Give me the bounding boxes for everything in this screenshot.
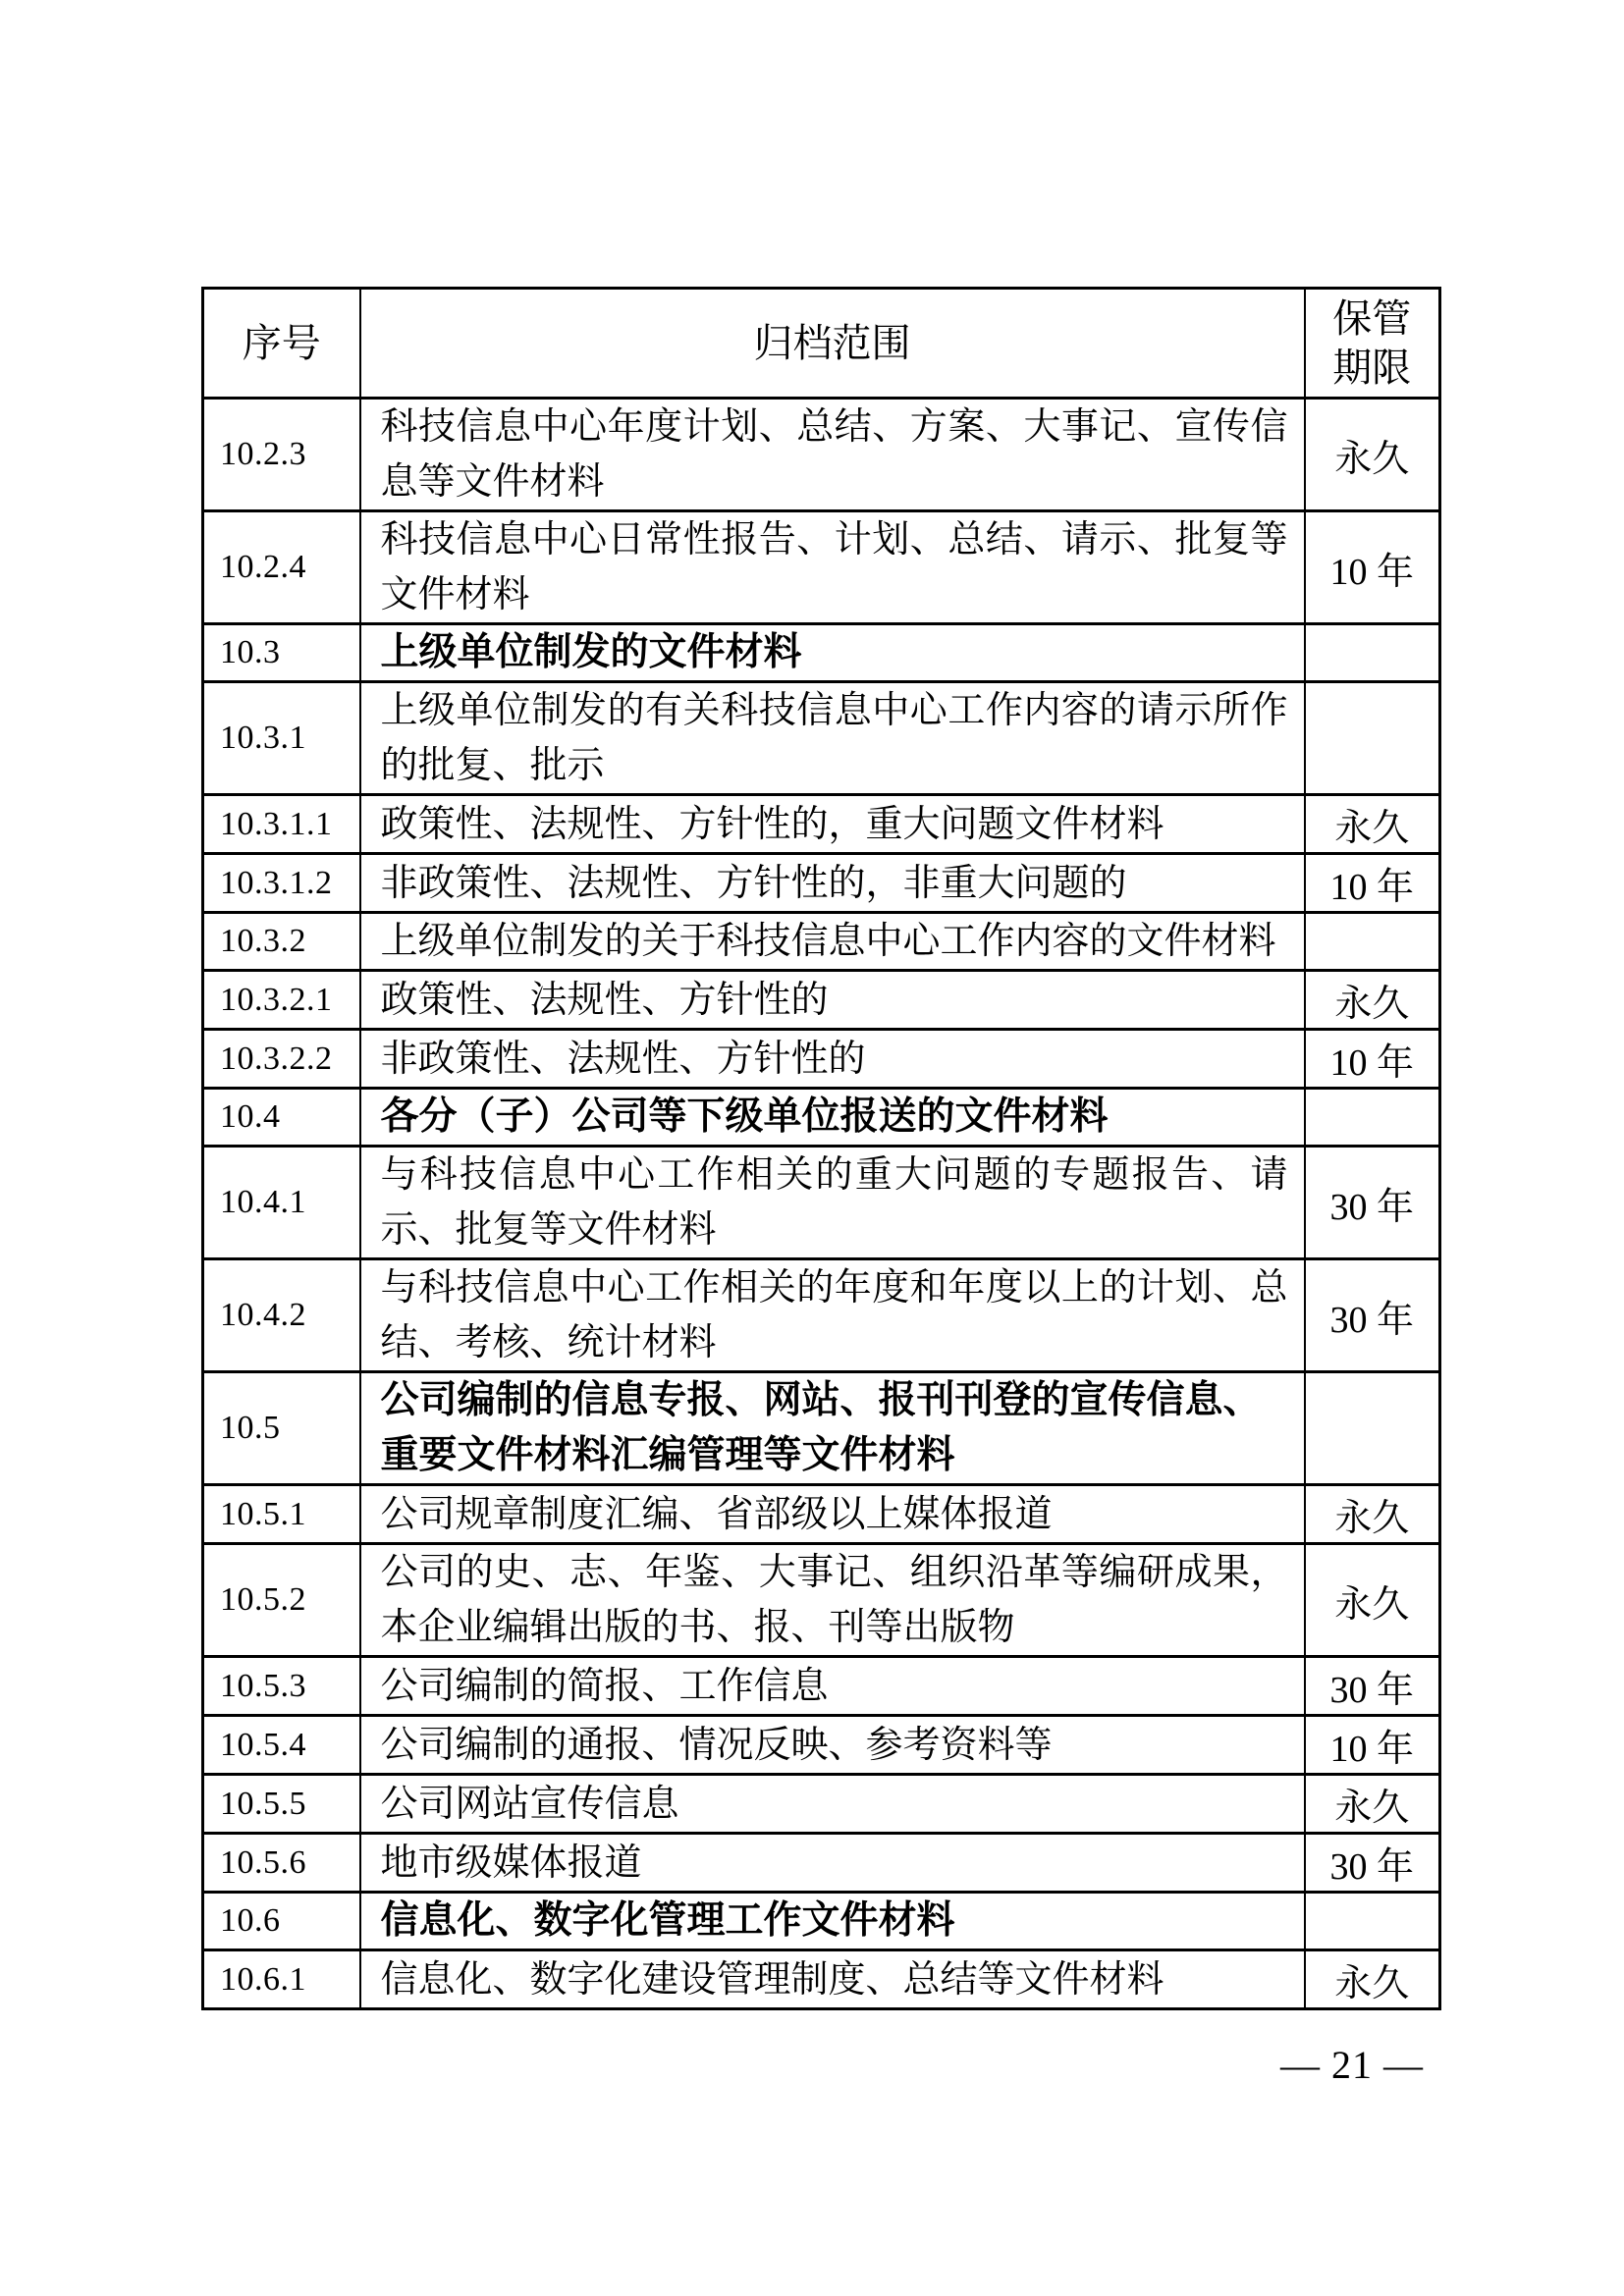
cell-index: 10.4	[203, 1089, 360, 1147]
cell-period	[1305, 682, 1440, 795]
cell-scope: 上级单位制发的有关科技信息中心工作内容的请示所作的批复、批示	[360, 682, 1305, 795]
cell-index: 10.5.3	[203, 1657, 360, 1716]
cell-scope: 公司编制的简报、工作信息	[360, 1657, 1305, 1716]
cell-index: 10.3.2.1	[203, 971, 360, 1030]
table-row: 10.2.3 科技信息中心年度计划、总结、方案、大事记、宣传信息等文件材料 永久	[203, 399, 1440, 511]
header-period-line1: 保管	[1307, 294, 1438, 344]
table-body: 10.2.3 科技信息中心年度计划、总结、方案、大事记、宣传信息等文件材料 永久…	[203, 399, 1440, 2009]
cell-period: 30 年	[1305, 1147, 1440, 1259]
cell-scope: 政策性、法规性、方针性的	[360, 971, 1305, 1030]
table-row: 10.3.1.1 政策性、法规性、方针性的，重大问题文件材料 永久	[203, 795, 1440, 854]
cell-period: 永久	[1305, 795, 1440, 854]
page-number: — 21 —	[1280, 2042, 1424, 2088]
cell-index: 10.5	[203, 1372, 360, 1485]
cell-scope: 公司的史、志、年鉴、大事记、组织沿革等编研成果，本企业编辑出版的书、报、刊等出版…	[360, 1544, 1305, 1657]
cell-scope: 公司规章制度汇编、省部级以上媒体报道	[360, 1485, 1305, 1544]
cell-index: 10.5.2	[203, 1544, 360, 1657]
cell-period: 永久	[1305, 1950, 1440, 2009]
header-row: 序号 归档范围 保管 期限	[203, 289, 1440, 399]
table-row: 10.5.3 公司编制的简报、工作信息 30 年	[203, 1657, 1440, 1716]
cell-index: 10.3.1.1	[203, 795, 360, 854]
table-row: 10.5.2 公司的史、志、年鉴、大事记、组织沿革等编研成果，本企业编辑出版的书…	[203, 1544, 1440, 1657]
table-row: 10.2.4 科技信息中心日常性报告、计划、总结、请示、批复等文件材料 10 年	[203, 511, 1440, 624]
cell-period	[1305, 1089, 1440, 1147]
cell-index: 10.6	[203, 1893, 360, 1950]
table-row: 10.5.5 公司网站宣传信息 永久	[203, 1775, 1440, 1834]
cell-index: 10.3.2.2	[203, 1030, 360, 1089]
cell-period	[1305, 624, 1440, 682]
cell-scope: 公司编制的通报、情况反映、参考资料等	[360, 1716, 1305, 1775]
cell-index: 10.5.5	[203, 1775, 360, 1834]
cell-scope: 各分（子）公司等下级单位报送的文件材料	[360, 1089, 1305, 1147]
cell-index: 10.3.2	[203, 913, 360, 971]
table-row: 10.5.6 地市级媒体报道 30 年	[203, 1834, 1440, 1893]
cell-index: 10.3.1	[203, 682, 360, 795]
cell-scope: 公司编制的信息专报、网站、报刊刊登的宣传信息、重要文件材料汇编管理等文件材料	[360, 1372, 1305, 1485]
cell-period: 永久	[1305, 971, 1440, 1030]
cell-period: 30 年	[1305, 1259, 1440, 1372]
table-row: 10.4.2 与科技信息中心工作相关的年度和年度以上的计划、总结、考核、统计材料…	[203, 1259, 1440, 1372]
cell-scope: 上级单位制发的关于科技信息中心工作内容的文件材料	[360, 913, 1305, 971]
cell-period: 永久	[1305, 1775, 1440, 1834]
cell-scope: 上级单位制发的文件材料	[360, 624, 1305, 682]
table-row: 10.3.1 上级单位制发的有关科技信息中心工作内容的请示所作的批复、批示	[203, 682, 1440, 795]
table-row: 10.3.1.2 非政策性、法规性、方针性的，非重大问题的 10 年	[203, 854, 1440, 913]
cell-scope: 与科技信息中心工作相关的年度和年度以上的计划、总结、考核、统计材料	[360, 1259, 1305, 1372]
cell-period	[1305, 1372, 1440, 1485]
cell-index: 10.5.4	[203, 1716, 360, 1775]
cell-index: 10.4.1	[203, 1147, 360, 1259]
cell-index: 10.4.2	[203, 1259, 360, 1372]
table-row: 10.6.1 信息化、数字化建设管理制度、总结等文件材料 永久	[203, 1950, 1440, 2009]
cell-scope: 政策性、法规性、方针性的，重大问题文件材料	[360, 795, 1305, 854]
cell-index: 10.6.1	[203, 1950, 360, 2009]
header-scope: 归档范围	[360, 289, 1305, 399]
cell-scope: 科技信息中心年度计划、总结、方案、大事记、宣传信息等文件材料	[360, 399, 1305, 511]
cell-index: 10.2.3	[203, 399, 360, 511]
header-index: 序号	[203, 289, 360, 399]
table-row: 10.4 各分（子）公司等下级单位报送的文件材料	[203, 1089, 1440, 1147]
cell-scope: 非政策性、法规性、方针性的	[360, 1030, 1305, 1089]
cell-scope: 信息化、数字化建设管理制度、总结等文件材料	[360, 1950, 1305, 2009]
cell-index: 10.3	[203, 624, 360, 682]
table-row: 10.5.1 公司规章制度汇编、省部级以上媒体报道 永久	[203, 1485, 1440, 1544]
cell-scope: 公司网站宣传信息	[360, 1775, 1305, 1834]
cell-period: 10 年	[1305, 854, 1440, 913]
cell-scope: 科技信息中心日常性报告、计划、总结、请示、批复等文件材料	[360, 511, 1305, 624]
table-row: 10.3.2 上级单位制发的关于科技信息中心工作内容的文件材料	[203, 913, 1440, 971]
header-period-line2: 期限	[1307, 344, 1438, 393]
cell-period: 10 年	[1305, 1716, 1440, 1775]
cell-period: 10 年	[1305, 1030, 1440, 1089]
cell-index: 10.5.6	[203, 1834, 360, 1893]
table-row: 10.6 信息化、数字化管理工作文件材料	[203, 1893, 1440, 1950]
cell-index: 10.3.1.2	[203, 854, 360, 913]
cell-period	[1305, 1893, 1440, 1950]
table-row: 10.3.2.2 非政策性、法规性、方针性的 10 年	[203, 1030, 1440, 1089]
cell-period: 永久	[1305, 1544, 1440, 1657]
cell-scope: 信息化、数字化管理工作文件材料	[360, 1893, 1305, 1950]
cell-scope: 与科技信息中心工作相关的重大问题的专题报告、请示、批复等文件材料	[360, 1147, 1305, 1259]
archive-scope-table: 序号 归档范围 保管 期限 10.2.3 科技信息中心年度计划、总结、方案、大事…	[201, 287, 1441, 2010]
cell-index: 10.5.1	[203, 1485, 360, 1544]
table-row: 10.3 上级单位制发的文件材料	[203, 624, 1440, 682]
cell-period: 10 年	[1305, 511, 1440, 624]
cell-period: 30 年	[1305, 1657, 1440, 1716]
cell-scope: 地市级媒体报道	[360, 1834, 1305, 1893]
cell-period	[1305, 913, 1440, 971]
cell-period: 永久	[1305, 399, 1440, 511]
table-row: 10.5.4 公司编制的通报、情况反映、参考资料等 10 年	[203, 1716, 1440, 1775]
cell-scope: 非政策性、法规性、方针性的，非重大问题的	[360, 854, 1305, 913]
table-row: 10.4.1 与科技信息中心工作相关的重大问题的专题报告、请示、批复等文件材料 …	[203, 1147, 1440, 1259]
table-row: 10.5 公司编制的信息专报、网站、报刊刊登的宣传信息、重要文件材料汇编管理等文…	[203, 1372, 1440, 1485]
table-row: 10.3.2.1 政策性、法规性、方针性的 永久	[203, 971, 1440, 1030]
cell-period: 永久	[1305, 1485, 1440, 1544]
cell-period: 30 年	[1305, 1834, 1440, 1893]
header-period: 保管 期限	[1305, 289, 1440, 399]
cell-index: 10.2.4	[203, 511, 360, 624]
document-page: 序号 归档范围 保管 期限 10.2.3 科技信息中心年度计划、总结、方案、大事…	[0, 0, 1624, 2296]
